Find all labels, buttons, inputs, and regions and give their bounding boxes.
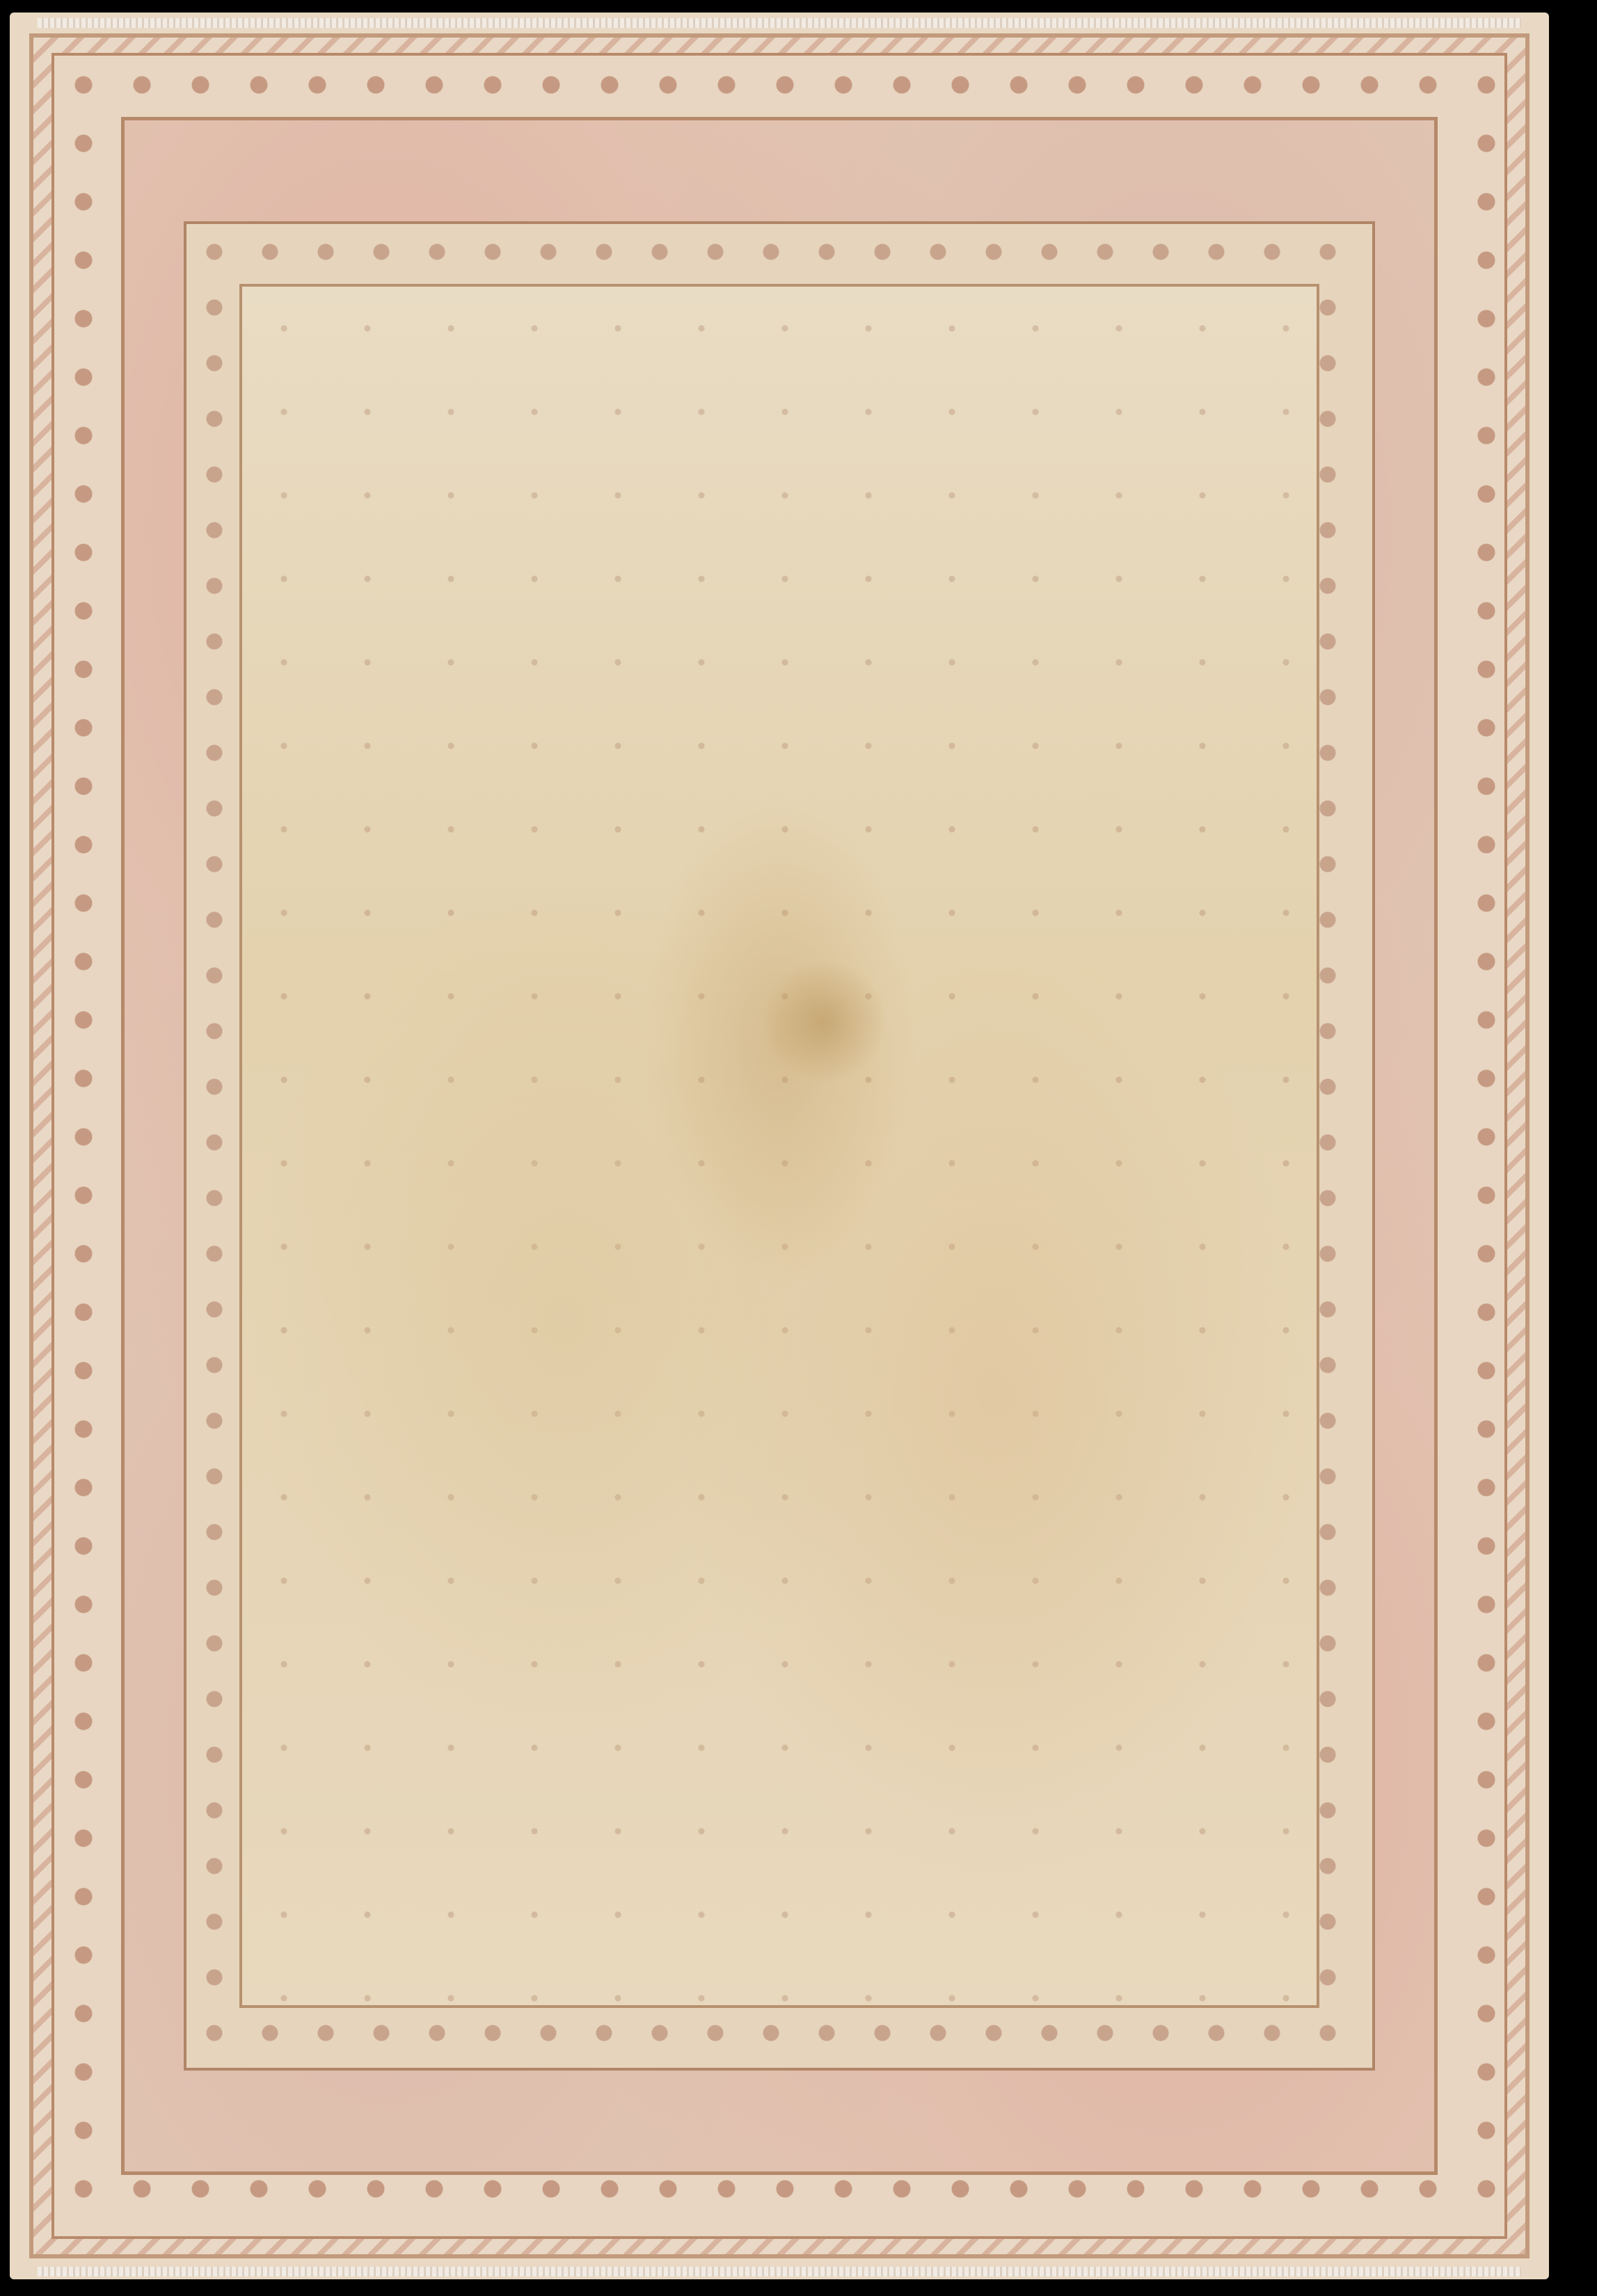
rug-photo: [10, 13, 1549, 2279]
central-field: [239, 284, 1319, 2008]
center-medallion: [761, 959, 887, 1084]
top-fringe: [38, 18, 1521, 28]
bottom-fringe: [38, 2267, 1521, 2277]
